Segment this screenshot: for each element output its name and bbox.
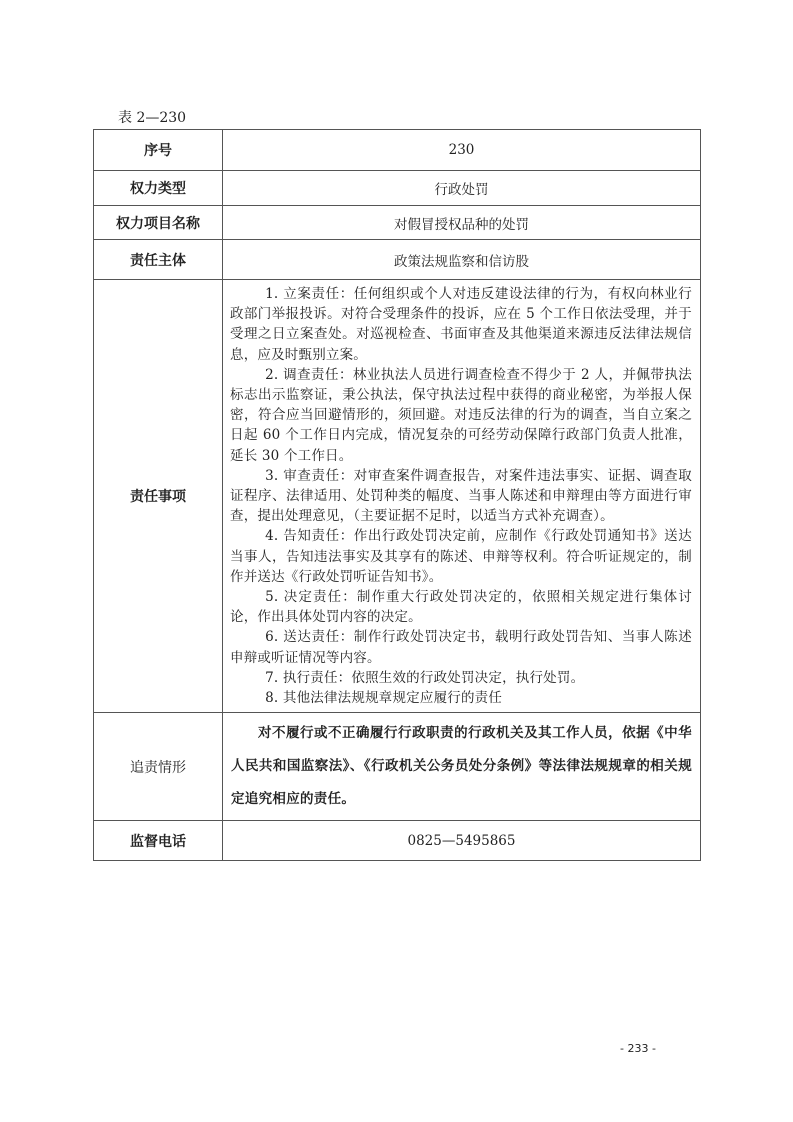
table-row-power-item-name: 权力项目名称 对假冒授权品种的处罚 (94, 206, 701, 240)
power-item-name-label: 权力项目名称 (94, 206, 223, 240)
accountability-label: 追责情形 (94, 713, 223, 821)
accountability-text: 对不履行或不正确履行行政职责的行政机关及其工作人员，依据《中华人民共和国监察法》… (231, 717, 692, 816)
table-row-responsible-entity: 责任主体 政策法规监察和信访股 (94, 240, 701, 280)
table-row-duties: 责任事项 1. 立案责任：任何组织或个人对违反建设法律的行为，有权向林业行政部门… (94, 280, 701, 713)
serial-number-label: 序号 (94, 130, 223, 171)
power-item-table: 序号 230 权力类型 行政处罚 权力项目名称 对假冒授权品种的处罚 责任主体 … (93, 129, 701, 861)
duties-label: 责任事项 (94, 280, 223, 713)
duty-item-delivery: 6. 送达责任：制作行政处罚决定书，载明行政处罚告知、当事人陈述申辩或听证情况等… (230, 627, 692, 667)
power-type-value: 行政处罚 (223, 171, 701, 206)
supervision-phone-value: 0825—5495865 (223, 821, 701, 861)
duty-item-other: 8. 其他法律法规规章规定应履行的责任 (230, 688, 692, 708)
responsible-entity-label: 责任主体 (94, 240, 223, 280)
power-type-label: 权力类型 (94, 171, 223, 206)
table-caption: 表 2—230 (118, 107, 186, 127)
table-row-power-type: 权力类型 行政处罚 (94, 171, 701, 206)
table-row-supervision-phone: 监督电话 0825—5495865 (94, 821, 701, 861)
duty-item-execution: 7. 执行责任：依照生效的行政处罚决定，执行处罚。 (230, 668, 692, 688)
page-number: - 233 - (620, 1042, 656, 1055)
responsible-entity-value: 政策法规监察和信访股 (223, 240, 701, 280)
table-row-accountability: 追责情形 对不履行或不正确履行行政职责的行政机关及其工作人员，依据《中华人民共和… (94, 713, 701, 821)
duty-item-notification: 4. 告知责任：作出行政处罚决定前，应制作《行政处罚通知书》送达当事人，告知违法… (230, 526, 692, 587)
duty-item-decision: 5. 决定责任：制作重大行政处罚决定的，依照相关规定进行集体讨论，作出具体处罚内… (230, 587, 692, 627)
accountability-content: 对不履行或不正确履行行政职责的行政机关及其工作人员，依据《中华人民共和国监察法》… (223, 713, 701, 821)
supervision-phone-label: 监督电话 (94, 821, 223, 861)
serial-number-value: 230 (223, 130, 701, 171)
duty-item-filing: 1. 立案责任：任何组织或个人对违反建设法律的行为，有权向林业行政部门举报投诉。… (230, 284, 692, 365)
table-row-serial-number: 序号 230 (94, 130, 701, 171)
power-item-name-value: 对假冒授权品种的处罚 (223, 206, 701, 240)
duty-item-review: 3. 审查责任：对审查案件调查报告，对案件违法事实、证据、调查取证程序、法律适用… (230, 466, 692, 527)
duty-item-investigation: 2. 调查责任：林业执法人员进行调查检查不得少于 2 人，并佩带执法标志出示监察… (230, 365, 692, 466)
duties-content: 1. 立案责任：任何组织或个人对违反建设法律的行为，有权向林业行政部门举报投诉。… (223, 280, 701, 713)
